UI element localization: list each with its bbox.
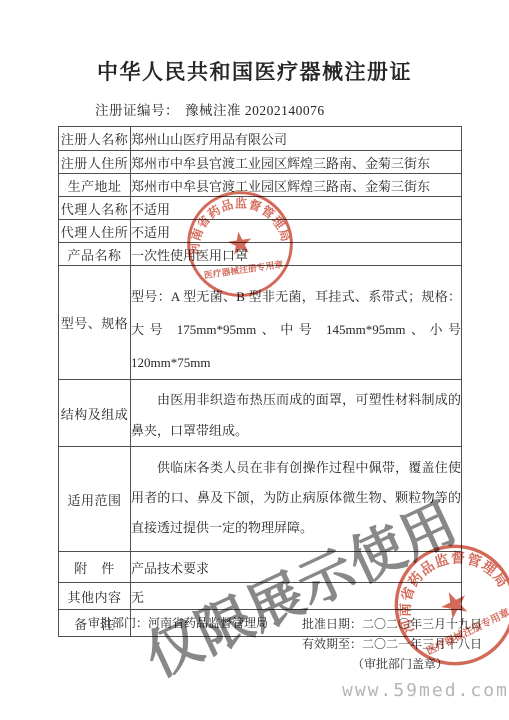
row-value: 不适用 — [131, 220, 462, 243]
row-label: 型号、规格 — [59, 266, 131, 380]
approval-dates: 批准日期：二〇二〇年三月十九日 有效期至：二〇二一年三月十八日 （审批部门盖章） — [302, 614, 482, 674]
row-label: 代理人名称 — [59, 197, 131, 220]
table-row: 代理人名称不适用 — [59, 197, 462, 220]
row-value: 由医用非织造布热压而成的面罩，可塑性材料制成的鼻夹，口罩带组成。 — [131, 380, 462, 447]
seal-note: （审批部门盖章） — [302, 654, 482, 674]
row-value: 郑州市中牟县官渡工业园区辉煌三路南、金菊三街东 — [131, 151, 462, 174]
row-value: 供临床各类人员在非有创操作过程中佩带，覆盖住使用者的口、鼻及下颌，为防止病原体微… — [131, 447, 462, 552]
table-row: 注册人住所郑州市中牟县官渡工业园区辉煌三路南、金菊三街东 — [59, 151, 462, 174]
approval-department-label: 审批部门： — [88, 616, 148, 630]
certificate-page: 中华人民共和国医疗器械注册证 注册证编号：豫械注准 20202140076 注册… — [0, 0, 509, 720]
table-row: 其他内容无 — [59, 583, 462, 610]
table-row: 结构及组成由医用非织造布热压而成的面罩，可塑性材料制成的鼻夹，口罩带组成。 — [59, 380, 462, 447]
registration-number-label: 注册证编号： — [95, 103, 179, 118]
row-label: 附 件 — [59, 552, 131, 583]
table-row: 代理人住所不适用 — [59, 220, 462, 243]
website-url: www.59med.com — [342, 680, 509, 701]
row-label: 生产地址 — [59, 174, 131, 197]
row-value: 型号：A 型无菌、B 型非无菌，耳挂式、系带式；规格：大号 175mm*95mm… — [131, 266, 462, 380]
row-value: 一次性使用医用口罩 — [131, 243, 462, 266]
valid-until-line: 有效期至：二〇二一年三月十八日 — [302, 634, 482, 654]
registration-number: 注册证编号：豫械注准 20202140076 — [95, 99, 325, 119]
row-value: 无 — [131, 583, 462, 610]
row-label: 产品名称 — [59, 243, 131, 266]
approval-department: 审批部门：河南省药品监督管理局 — [88, 614, 268, 631]
row-label: 注册人住所 — [59, 151, 131, 174]
approval-department-value: 河南省药品监督管理局 — [148, 616, 268, 630]
row-label: 适用范围 — [59, 447, 131, 552]
row-value: 不适用 — [131, 197, 462, 220]
approval-date-line: 批准日期：二〇二〇年三月十九日 — [302, 614, 482, 634]
table-row: 注册人名称郑州山山医疗用品有限公司 — [59, 127, 462, 151]
row-label: 结构及组成 — [59, 380, 131, 447]
certificate-title: 中华人民共和国医疗器械注册证 — [0, 56, 509, 86]
row-value: 郑州山山医疗用品有限公司 — [131, 127, 462, 151]
row-label: 注册人名称 — [59, 127, 131, 151]
table-row: 型号、规格型号：A 型无菌、B 型非无菌，耳挂式、系带式；规格：大号 175mm… — [59, 266, 462, 380]
table-row: 生产地址郑州市中牟县官渡工业园区辉煌三路南、金菊三街东 — [59, 174, 462, 197]
row-label: 代理人住所 — [59, 220, 131, 243]
row-value: 郑州市中牟县官渡工业园区辉煌三路南、金菊三街东 — [131, 174, 462, 197]
table-row: 适用范围供临床各类人员在非有创操作过程中佩带，覆盖住使用者的口、鼻及下颌，为防止… — [59, 447, 462, 552]
row-label: 其他内容 — [59, 583, 131, 610]
row-value: 产品技术要求 — [131, 552, 462, 583]
registration-number-value: 豫械注准 20202140076 — [185, 103, 325, 118]
table-row: 产品名称一次性使用医用口罩 — [59, 243, 462, 266]
certificate-table: 注册人名称郑州山山医疗用品有限公司注册人住所郑州市中牟县官渡工业园区辉煌三路南、… — [58, 126, 462, 637]
table-row: 附 件产品技术要求 — [59, 552, 462, 583]
